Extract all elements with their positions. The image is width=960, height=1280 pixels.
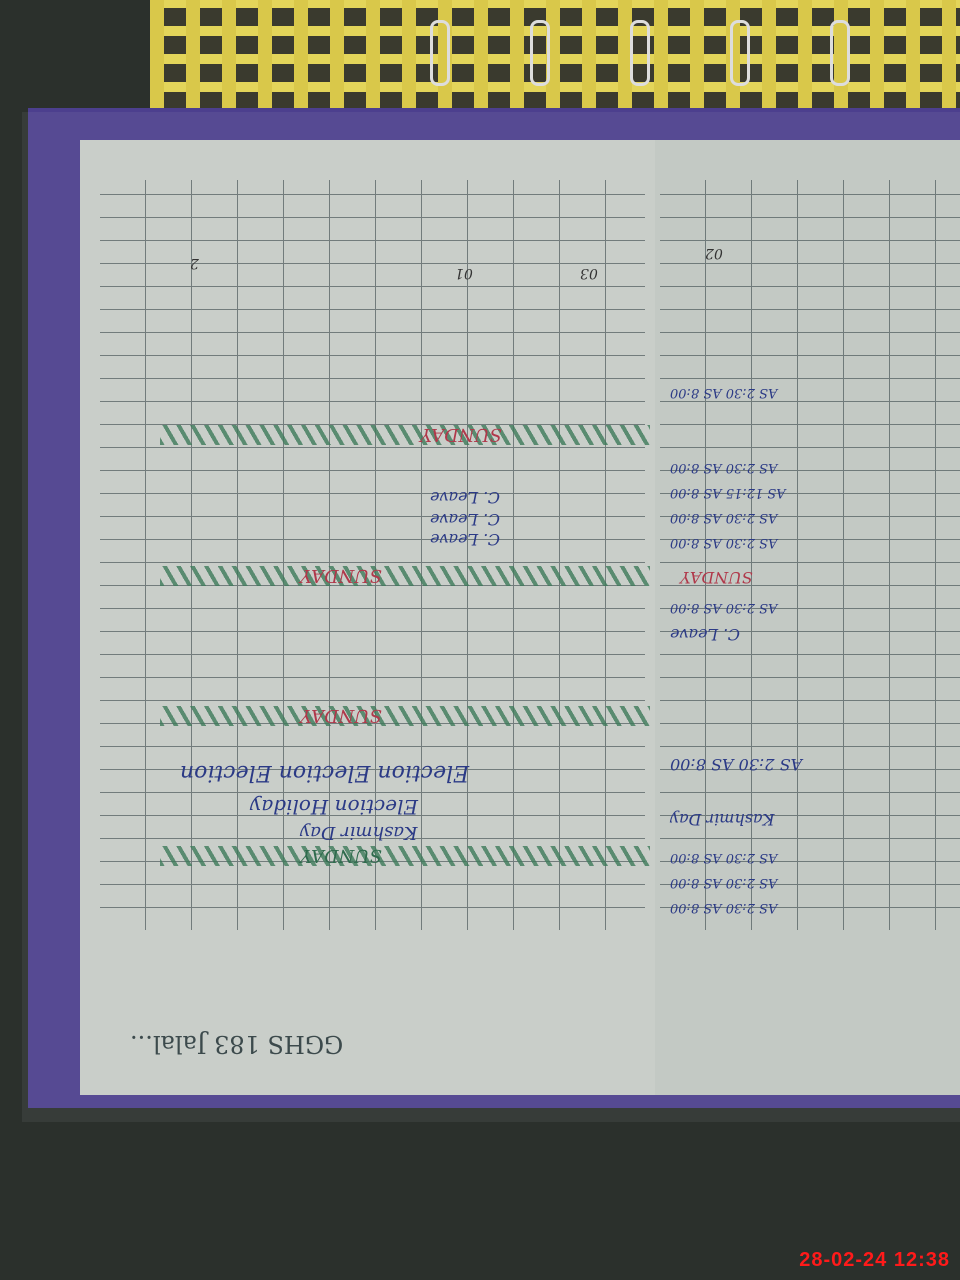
sunday-row [160,846,650,866]
leave-mark: C. Leave [430,530,500,549]
binder-spiral [530,20,550,86]
right-entry: AS 2:30 AS 8:00 [670,900,777,915]
right-entry: AS 2:30 AS 8:00 [670,385,777,400]
header-count: 01 [455,265,473,281]
right-entry: AS 2:30 AS 8:00 [670,460,777,475]
right-entry: AS 2:30 AS 8:00 [670,755,802,774]
leave-mark: C. Leave [430,510,500,529]
binder-spiral [630,20,650,86]
sunday-row [160,706,650,726]
right-entry: AS 2:30 AS 8:00 [670,875,777,890]
binder-spiral [830,20,850,86]
sunday-label: SUNDAY [300,845,382,866]
right-entry: SUNDAY [680,568,753,587]
header-count: 02 [705,245,723,261]
election-holiday-label: Election Holiday [250,795,418,819]
right-entry: AS 2:30 AS 8:00 [670,600,777,615]
sunday-row [160,425,650,445]
right-entry: AS 2:30 AS 8:00 [670,510,777,525]
right-entry: Kashmir Day [670,810,774,829]
binder-spiral [430,20,450,86]
right-entry: AS 12:15 AS 8:00 [670,485,786,500]
sunday-row [160,566,650,586]
kashmir-day-label: Kashmir Day [300,822,418,843]
right-entry: AS 2:30 AS 8:00 [670,850,777,865]
sunday-label: SUNDAY [420,424,502,445]
leave-mark: C. Leave [430,488,500,507]
sunday-label: SUNDAY [300,705,382,726]
sunday-label: SUNDAY [300,565,382,586]
header-count: 2 [190,255,199,271]
right-entry: C. Leave [670,625,740,644]
right-entry: AS 2:30 AS 8:00 [670,535,777,550]
photo-timestamp: 28-02-24 12:38 [799,1249,950,1272]
register-footer-title: GGHS 183 Jalal... [130,1030,343,1058]
binder-spiral [730,20,750,86]
election-label: Election Election Election [180,760,469,785]
header-count: 03 [580,265,598,281]
